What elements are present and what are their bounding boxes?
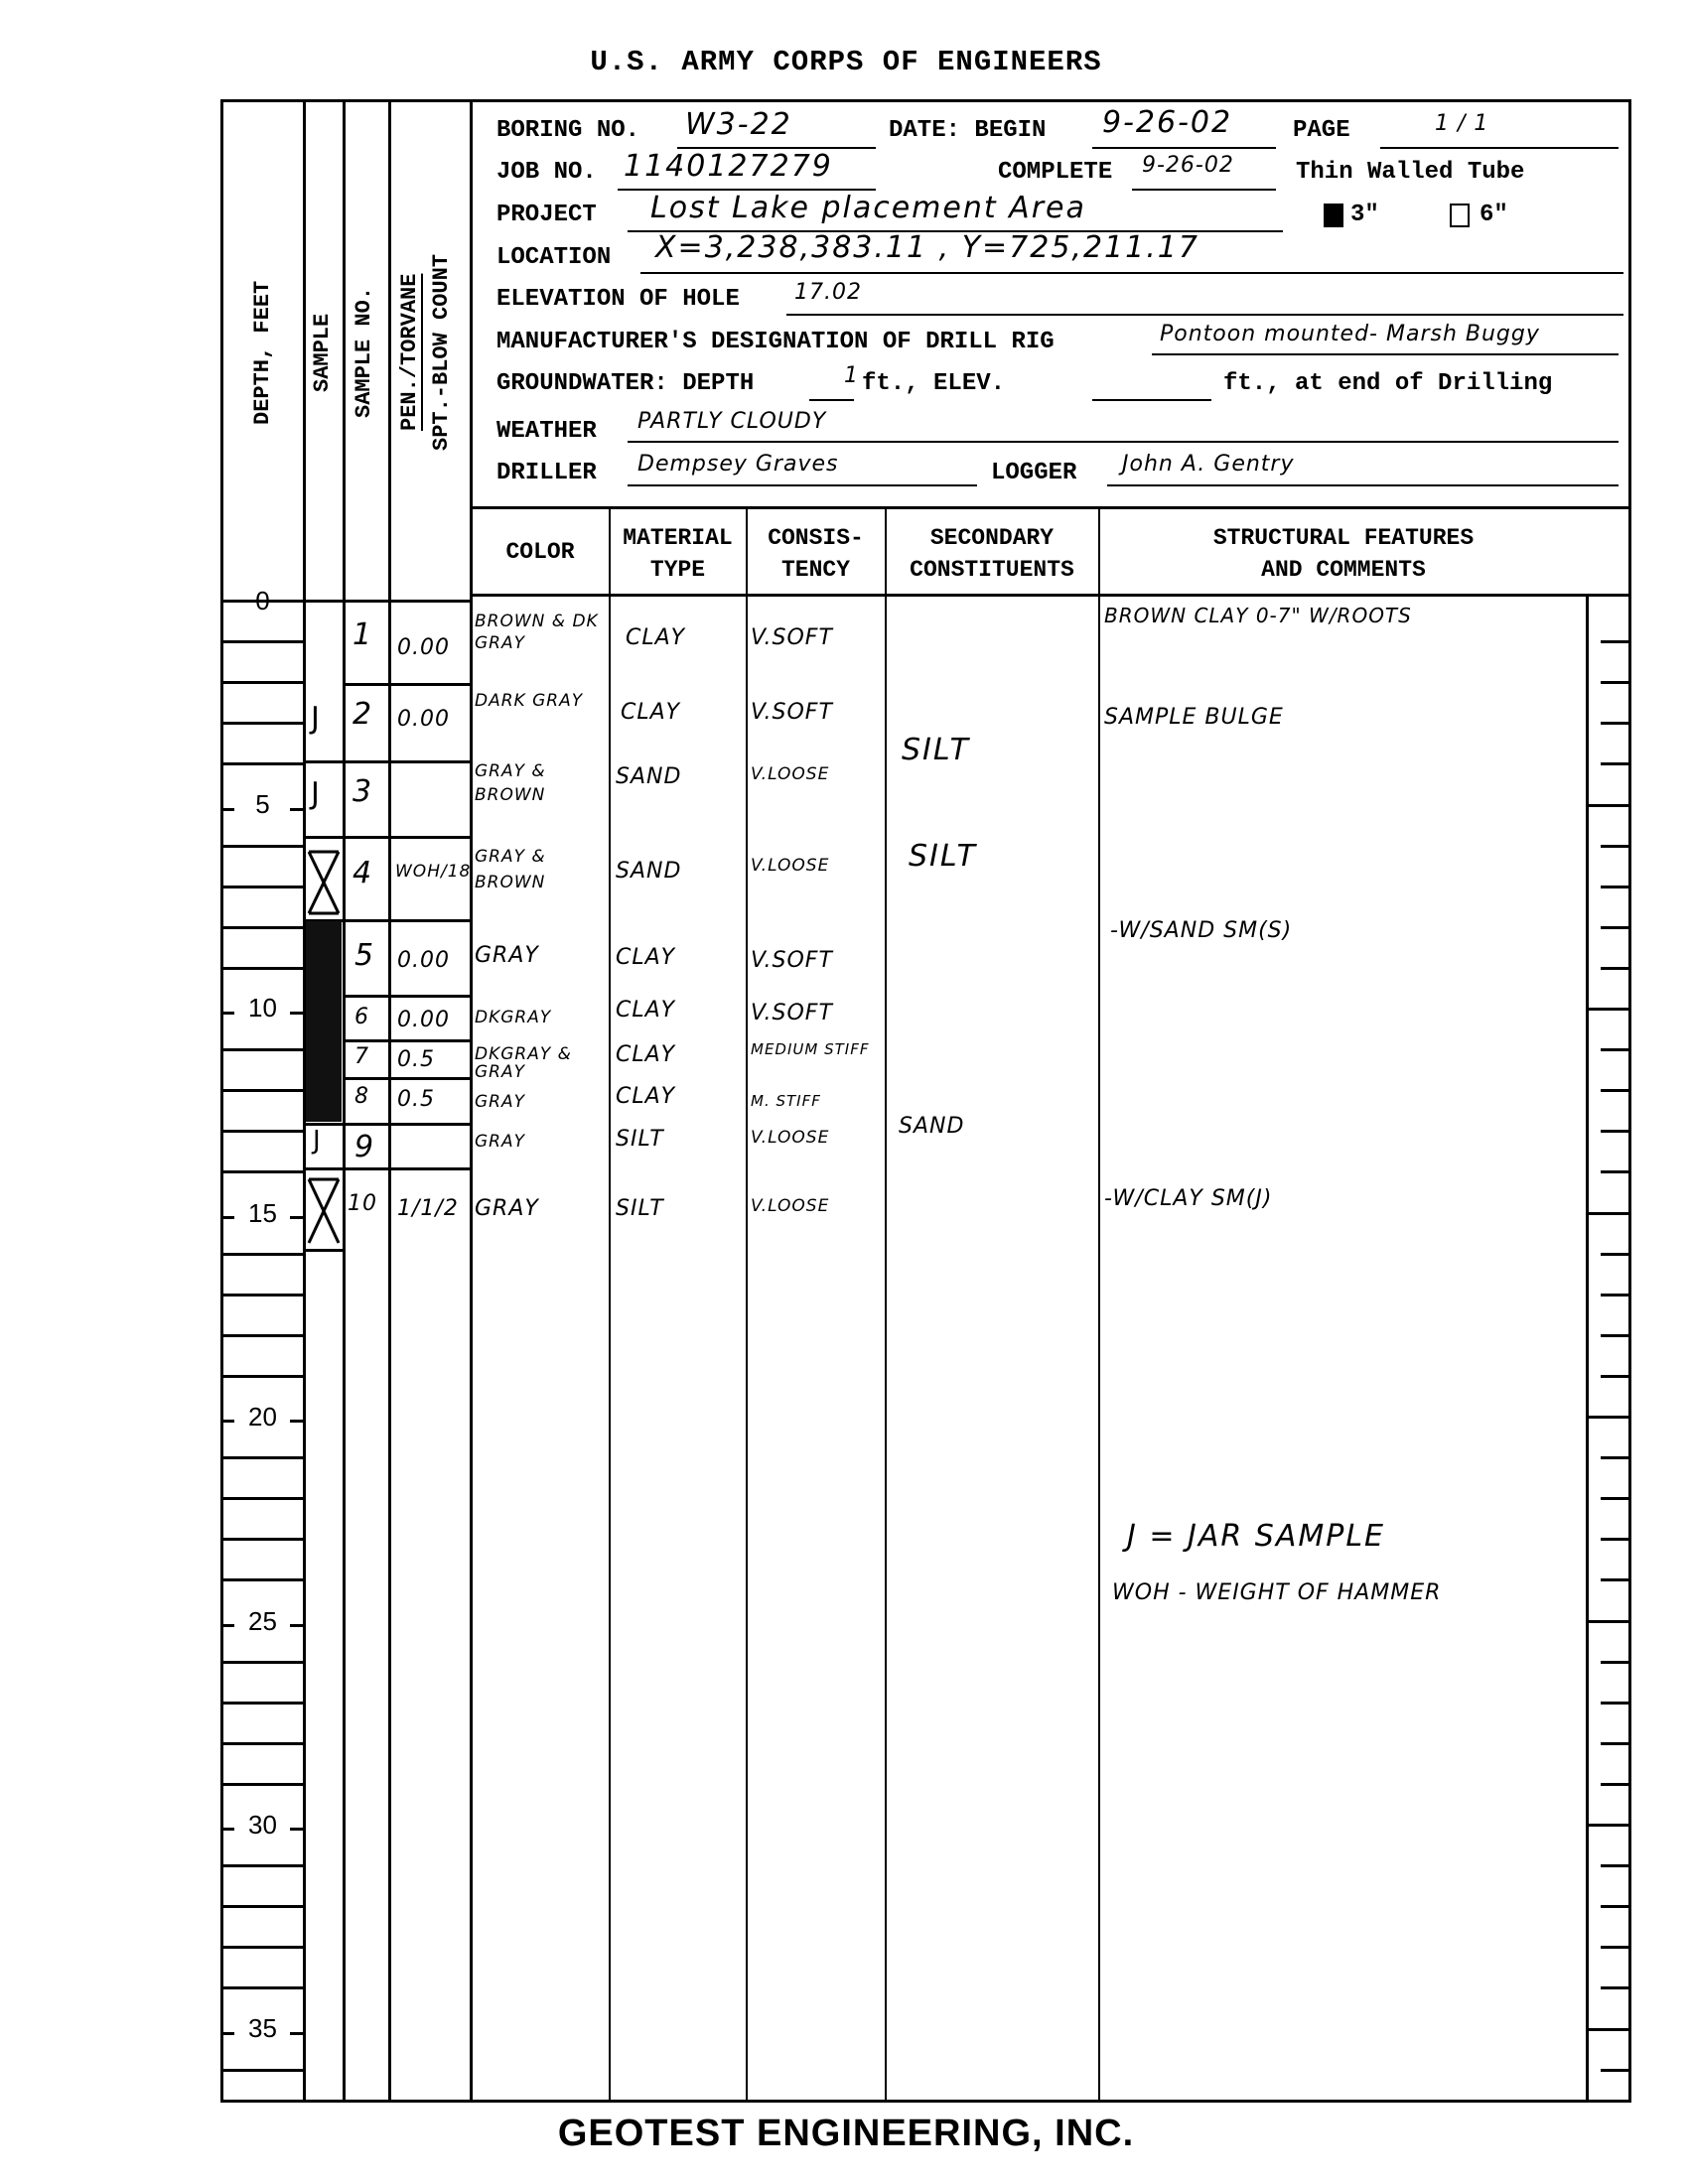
- depth-minor-line: [220, 1089, 304, 1092]
- field-weather[interactable]: PARTLY CLOUDY: [637, 409, 826, 434]
- right-tick: [1601, 1170, 1631, 1173]
- row-divider: [303, 836, 472, 839]
- column-header-constituents: CONSTITUENTS: [910, 557, 1074, 583]
- column-header-sample: SAMPLE: [308, 109, 338, 596]
- right-tick: [1601, 1130, 1631, 1133]
- right-tick: [1601, 1783, 1631, 1786]
- divider: [343, 99, 346, 2103]
- right-tick: [1601, 1253, 1631, 1256]
- label-logger: LOGGER: [991, 460, 1076, 486]
- comment-sample-bulge: SAMPLE BULGE: [1104, 705, 1284, 730]
- column-header-consistency-2: TENCY: [781, 557, 850, 583]
- color-7: DKGRAY & GRAY: [475, 1045, 606, 1081]
- color-5: GRAY: [475, 943, 539, 968]
- label-groundwater-depth: GROUNDWATER: DEPTH: [496, 370, 754, 397]
- pen-7: 0.5: [397, 1047, 435, 1072]
- row-divider: [343, 1077, 472, 1080]
- right-tick: [1601, 640, 1631, 643]
- label-complete: COMPLETE: [998, 159, 1112, 186]
- divider: [746, 508, 748, 2103]
- consistency-8: M. STIFF: [751, 1092, 821, 1110]
- column-header-material-type: TYPE: [650, 557, 705, 583]
- sample-no-7: 7: [354, 1044, 369, 1069]
- depth-minor-line: [220, 926, 304, 929]
- right-tick: [1586, 1416, 1631, 1419]
- sample-no-6: 6: [354, 1005, 369, 1029]
- right-tick: [1601, 1702, 1631, 1705]
- depth-minor-line: [220, 1946, 304, 1949]
- secondary-3: SILT: [902, 733, 970, 767]
- right-tick: [1601, 762, 1631, 765]
- row-divider: [343, 995, 472, 998]
- legend-weight-of-hammer: WOH - WEIGHT OF HAMMER: [1112, 1580, 1441, 1605]
- depth-minor-line: [220, 1661, 304, 1664]
- label-date-begin: DATE: BEGIN: [889, 117, 1046, 144]
- secondary-9: SAND: [899, 1114, 964, 1139]
- depth-5: 5: [220, 789, 305, 820]
- row-divider: [303, 760, 472, 763]
- depth-minor-line: [220, 762, 304, 765]
- underline: [1132, 189, 1276, 191]
- right-tick: [1601, 1048, 1631, 1051]
- color-1: BROWN & DK GRAY: [475, 611, 606, 654]
- field-page[interactable]: 1 / 1: [1435, 111, 1488, 136]
- divider: [388, 99, 391, 2103]
- sample-no-1: 1: [352, 617, 373, 652]
- material-5: CLAY: [616, 945, 675, 970]
- label-ft-end-drilling: ft., at end of Drilling: [1223, 370, 1552, 397]
- underline: [628, 484, 977, 486]
- sample-no-10: 10: [348, 1191, 377, 1216]
- sample-x-mark-10: [305, 1175, 343, 1247]
- label-thin-walled-tube: Thin Walled Tube: [1296, 159, 1524, 186]
- consistency-4: V.LOOSE: [751, 856, 829, 876]
- depth-minor-line: [220, 1538, 304, 1541]
- field-complete[interactable]: 9-26-02: [1142, 153, 1234, 178]
- column-header-secondary: SECONDARY: [930, 525, 1054, 551]
- label-elevation: ELEVATION OF HOLE: [496, 286, 740, 313]
- underline: [1107, 484, 1619, 486]
- legend-jar-sample: J = JAR SAMPLE: [1127, 1519, 1385, 1554]
- right-tick: [1601, 1578, 1631, 1581]
- checkbox-tube-6in[interactable]: [1450, 204, 1470, 227]
- right-tick: [1601, 926, 1631, 929]
- sample-jar-2: J: [311, 701, 320, 736]
- depth-minor-line: [220, 1334, 304, 1337]
- depth-35: 35: [220, 2013, 305, 2044]
- right-tick: [1601, 967, 1631, 970]
- depth-minor-line: [220, 722, 304, 725]
- sample-no-8: 8: [354, 1084, 369, 1109]
- depth-10: 10: [220, 993, 305, 1024]
- divider: [470, 99, 473, 2103]
- material-8: CLAY: [616, 1084, 675, 1109]
- color-9: GRAY: [475, 1132, 525, 1152]
- right-tick: [1601, 886, 1631, 888]
- material-3: SAND: [616, 764, 681, 789]
- depth-0: 0: [220, 586, 305, 616]
- underline: [1380, 147, 1619, 149]
- depth-minor-line: [220, 1456, 304, 1459]
- color-2: DARK GRAY: [475, 690, 606, 712]
- depth-minor-line: [220, 1253, 304, 1256]
- underline: [1152, 353, 1619, 355]
- comment-with-sand: -W/SAND SM(S): [1110, 918, 1292, 943]
- depth-30: 30: [220, 1810, 305, 1841]
- field-groundwater-depth[interactable]: 1: [844, 363, 859, 388]
- sample-no-4: 4: [352, 856, 373, 890]
- company-footer: GEOTEST ENGINEERING, INC.: [0, 2113, 1692, 2155]
- consistency-7: MEDIUM STIFF: [751, 1040, 880, 1058]
- right-tick: [1601, 681, 1631, 684]
- depth-minor-line: [220, 681, 304, 684]
- material-1: CLAY: [626, 625, 685, 650]
- secondary-4: SILT: [909, 839, 977, 874]
- material-6: CLAY: [616, 998, 675, 1023]
- color-8: GRAY: [475, 1092, 525, 1112]
- depth-minor-line: [220, 967, 304, 970]
- column-header-color: COLOR: [472, 536, 609, 568]
- sample-no-9: 9: [354, 1130, 375, 1164]
- agency-title: U.S. ARMY CORPS OF ENGINEERS: [0, 46, 1692, 78]
- color-3: GRAY & BROWN: [475, 759, 606, 807]
- underline: [640, 272, 1623, 274]
- right-tick: [1586, 804, 1631, 807]
- row-divider: [303, 1249, 343, 1252]
- row-divider: [343, 683, 472, 686]
- color-4: GRAY & BROWN: [475, 844, 606, 895]
- depth-minor-line: [220, 1578, 304, 1581]
- label-job-no: JOB NO.: [496, 159, 597, 186]
- consistency-2: V.SOFT: [751, 700, 833, 725]
- right-tick: [1601, 1294, 1631, 1297]
- consistency-3: V.LOOSE: [751, 764, 829, 784]
- consistency-6: V.SOFT: [751, 1001, 833, 1025]
- color-10: GRAY: [475, 1196, 539, 1221]
- divider: [885, 508, 887, 2103]
- right-tick: [1586, 1008, 1631, 1011]
- column-header-pen-torvane: PEN./TORVANE: [395, 109, 425, 596]
- column-header-structural: STRUCTURAL FEATURES: [1213, 525, 1474, 551]
- material-2: CLAY: [621, 700, 680, 725]
- field-boring-no[interactable]: W3-22: [685, 107, 792, 142]
- sample-no-5: 5: [354, 938, 375, 973]
- label-ft-elev: ft., ELEV.: [862, 370, 1005, 397]
- pen-5: 0.00: [397, 948, 450, 973]
- label-tube-6in: 6": [1480, 202, 1508, 228]
- material-10: SILT: [616, 1196, 664, 1221]
- depth-minor-line: [220, 2069, 304, 2072]
- right-tick: [1601, 1334, 1631, 1337]
- material-4: SAND: [616, 859, 681, 884]
- column-header-material: MATERIAL: [623, 525, 732, 551]
- right-tick: [1601, 1375, 1631, 1378]
- depth-minor-line: [220, 1048, 304, 1051]
- depth-minor-line: [220, 1783, 304, 1786]
- field-logger[interactable]: John A. Gentry: [1122, 452, 1295, 477]
- field-date-begin[interactable]: 9-26-02: [1102, 105, 1232, 140]
- depth-minor-line: [220, 1702, 304, 1705]
- material-9: SILT: [616, 1127, 664, 1152]
- right-tick: [1601, 1089, 1631, 1092]
- field-driller[interactable]: Dempsey Graves: [637, 452, 838, 477]
- underline: [1092, 399, 1211, 401]
- row-divider: [343, 1039, 472, 1042]
- sample-jar-9: J: [313, 1126, 321, 1156]
- right-tick: [1601, 2069, 1631, 2072]
- right-tick: [1586, 1824, 1631, 1827]
- label-driller: DRILLER: [496, 460, 597, 486]
- pen-2: 0.00: [397, 707, 450, 732]
- consistency-1: V.SOFT: [751, 625, 833, 650]
- label-boring-no: BORING NO.: [496, 117, 639, 144]
- right-tick: [1586, 2028, 1631, 2031]
- depth-minor-line: [220, 1742, 304, 1745]
- depth-minor-line: [220, 845, 304, 848]
- depth-minor-line: [220, 1986, 304, 1989]
- label-tube-3in: 3": [1350, 202, 1379, 228]
- right-tick: [1601, 1661, 1631, 1664]
- pen-6: 0.00: [397, 1008, 450, 1032]
- row-divider: [303, 1167, 472, 1170]
- divider: [470, 506, 1631, 509]
- depth-minor-line: [220, 1905, 304, 1908]
- label-weather: WEATHER: [496, 418, 597, 445]
- consistency-5: V.SOFT: [751, 948, 833, 973]
- depth-minor-line: [220, 886, 304, 888]
- column-header-spt-blow-count: SPT.-BLOW COUNT: [427, 109, 457, 596]
- field-drill-rig[interactable]: Pontoon mounted- Marsh Buggy: [1160, 322, 1540, 346]
- depth-minor-line: [220, 1294, 304, 1297]
- sample-tube-shaded: [306, 921, 342, 1122]
- divider: [1586, 596, 1589, 2103]
- underline: [1092, 147, 1276, 149]
- color-6: DKGRAY: [475, 1008, 551, 1027]
- right-tick: [1601, 1456, 1631, 1459]
- right-tick: [1601, 845, 1631, 848]
- label-page: PAGE: [1293, 117, 1350, 144]
- depth-minor-line: [220, 1375, 304, 1378]
- divider: [1098, 508, 1100, 2103]
- depth-minor-line: [220, 1170, 304, 1173]
- right-tick: [1601, 722, 1631, 725]
- right-tick: [1586, 1212, 1631, 1215]
- right-tick: [1601, 1986, 1631, 1989]
- depth-minor-line: [220, 1864, 304, 1867]
- divider: [609, 508, 611, 2103]
- comment-brown-clay: BROWN CLAY 0-7" W/ROOTS: [1104, 604, 1412, 627]
- right-tick: [1586, 1620, 1631, 1623]
- checkbox-tube-3in[interactable]: [1324, 204, 1343, 227]
- depth-minor-line: [220, 1497, 304, 1500]
- divider: [470, 594, 1631, 597]
- depth-minor-line: [220, 640, 304, 643]
- field-elevation[interactable]: 17.02: [794, 280, 862, 305]
- field-job-no[interactable]: 1140127279: [624, 149, 833, 184]
- column-header-depth: DEPTH, FEET: [248, 109, 278, 596]
- depth-20: 20: [220, 1402, 305, 1433]
- depth-15: 15: [220, 1198, 305, 1229]
- right-tick: [1601, 1742, 1631, 1745]
- right-tick: [1601, 1864, 1631, 1867]
- label-project: PROJECT: [496, 202, 597, 228]
- pen-4: WOH/18: [395, 862, 471, 882]
- row-divider: [303, 1123, 472, 1126]
- sample-no-2: 2: [352, 697, 373, 732]
- depth-minor-line: [220, 1130, 304, 1133]
- field-project[interactable]: Lost Lake placement Area: [650, 191, 1086, 225]
- column-header-sample-no: SAMPLE NO.: [350, 109, 379, 596]
- underline: [786, 314, 1623, 316]
- right-tick: [1601, 1538, 1631, 1541]
- column-header-consistency: CONSIS-: [768, 525, 864, 551]
- consistency-10: V.LOOSE: [751, 1196, 829, 1216]
- sample-x-mark-4: [305, 848, 343, 917]
- comment-with-clay: -W/CLAY SM(J): [1104, 1186, 1272, 1211]
- label-drill-rig: MANUFACTURER'S DESIGNATION OF DRILL RIG: [496, 329, 1055, 355]
- sample-no-3: 3: [352, 774, 373, 809]
- pen-1: 0.00: [397, 635, 450, 660]
- label-location: LOCATION: [496, 244, 611, 271]
- right-tick: [1601, 1905, 1631, 1908]
- field-location[interactable]: X=3,238,383.11 , Y=725,211.17: [655, 230, 1199, 265]
- depth-25: 25: [220, 1606, 305, 1637]
- material-7: CLAY: [616, 1042, 675, 1067]
- pen-8: 0.5: [397, 1087, 435, 1112]
- right-tick: [1601, 1497, 1631, 1500]
- underline: [809, 399, 854, 401]
- underline: [628, 441, 1619, 443]
- column-header-comments: AND COMMENTS: [1261, 557, 1426, 583]
- consistency-9: V.LOOSE: [751, 1128, 829, 1148]
- pen-10: 1/1/2: [397, 1196, 459, 1221]
- sample-jar-3: J: [311, 776, 320, 811]
- right-tick: [1601, 1946, 1631, 1949]
